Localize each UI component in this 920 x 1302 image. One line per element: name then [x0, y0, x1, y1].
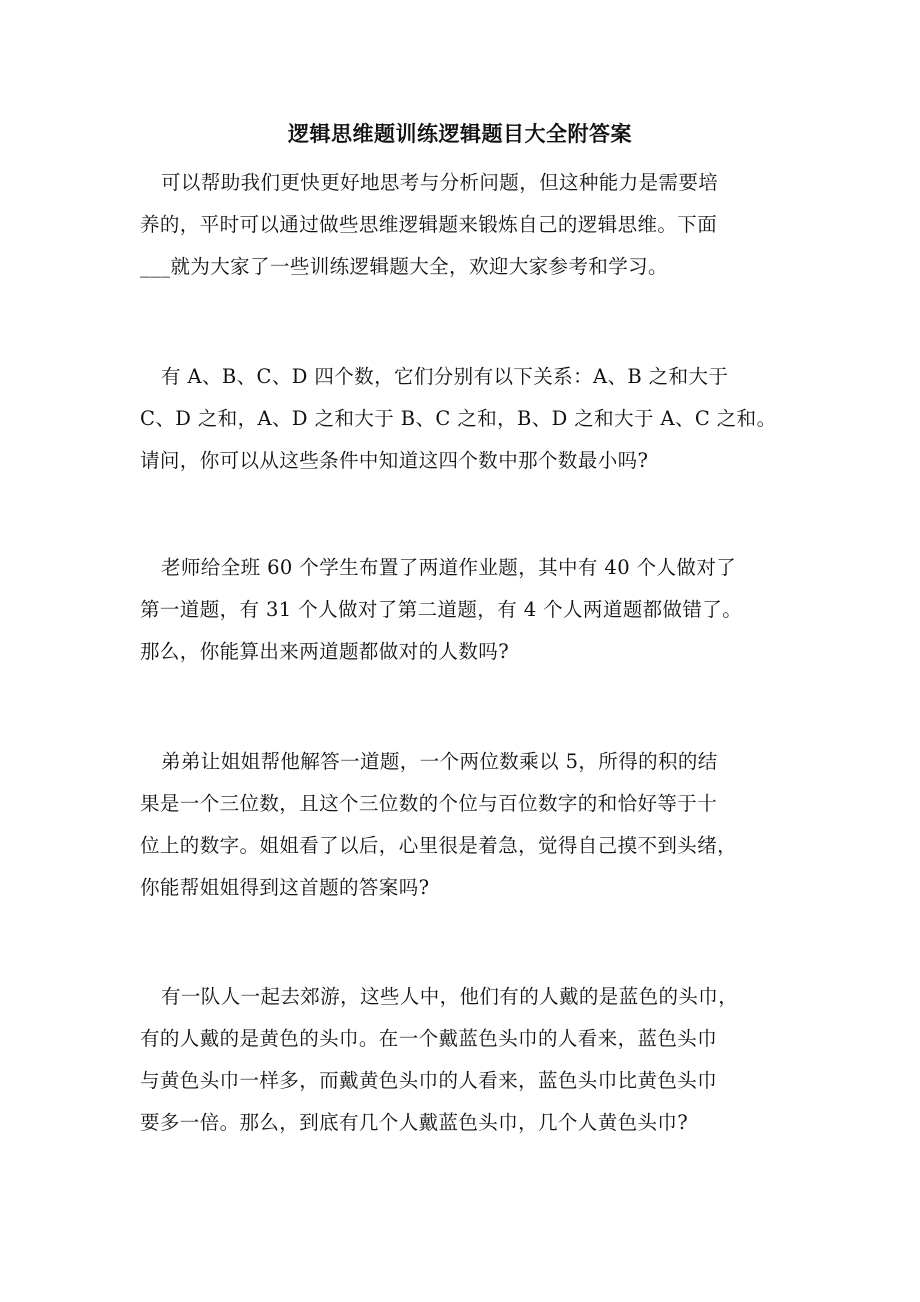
text-line: 有一队人一起去郊游，这些人中，他们有的人戴的是蓝色的头巾， — [140, 976, 780, 1018]
text-line: 可以帮助我们更快更好地思考与分析问题，但这种能力是需要培 — [140, 162, 780, 204]
text-line: ___就为大家了一些训练逻辑题大全，欢迎大家参考和学习。 — [140, 246, 780, 288]
question-paragraph-2: 老师给全班 60 个学生布置了两道作业题，其中有 40 个人做对了 第一道题，有… — [140, 547, 780, 673]
text-line: 你能帮姐姐得到这首题的答案吗? — [140, 867, 780, 909]
text-line: 养的，平时可以通过做些思维逻辑题来锻炼自己的逻辑思维。下面 — [140, 204, 780, 246]
text-line: 位上的数字。姐姐看了以后，心里很是着急，觉得自己摸不到头绪， — [140, 825, 780, 867]
document-title: 逻辑思维题训练逻辑题目大全附答案 — [0, 118, 920, 150]
text-line: 有 A、B、C、D 四个数，它们分别有以下关系：A、B 之和大于 — [140, 356, 780, 398]
text-line: 那么，你能算出来两道题都做对的人数吗? — [140, 631, 780, 673]
question-paragraph-4: 有一队人一起去郊游，这些人中，他们有的人戴的是蓝色的头巾， 有的人戴的是黄色的头… — [140, 976, 780, 1144]
text-line: 第一道题，有 31 个人做对了第二道题，有 4 个人两道题都做错了。 — [140, 589, 780, 631]
text-line: 请问，你可以从这些条件中知道这四个数中那个数最小吗? — [140, 440, 780, 482]
question-paragraph-1: 有 A、B、C、D 四个数，它们分别有以下关系：A、B 之和大于 C、D 之和，… — [140, 356, 780, 482]
question-paragraph-3: 弟弟让姐姐帮他解答一道题，一个两位数乘以 5，所得的积的结 果是一个三位数，且这… — [140, 741, 780, 909]
text-line: 果是一个三位数，且这个三位数的个位与百位数字的和恰好等于十 — [140, 783, 780, 825]
intro-paragraph: 可以帮助我们更快更好地思考与分析问题，但这种能力是需要培 养的，平时可以通过做些… — [140, 162, 780, 288]
text-line: 与黄色头巾一样多，而戴黄色头巾的人看来，蓝色头巾比黄色头巾 — [140, 1060, 780, 1102]
text-line: 有的人戴的是黄色的头巾。在一个戴蓝色头巾的人看来，蓝色头巾 — [140, 1018, 780, 1060]
text-line: 弟弟让姐姐帮他解答一道题，一个两位数乘以 5，所得的积的结 — [140, 741, 780, 783]
text-line: 老师给全班 60 个学生布置了两道作业题，其中有 40 个人做对了 — [140, 547, 780, 589]
text-line: 要多一倍。那么，到底有几个人戴蓝色头巾，几个人黄色头巾? — [140, 1102, 780, 1144]
document-page: 逻辑思维题训练逻辑题目大全附答案 可以帮助我们更快更好地思考与分析问题，但这种能… — [0, 0, 920, 1302]
text-line: C、D 之和，A、D 之和大于 B、C 之和，B、D 之和大于 A、C 之和。 — [140, 398, 780, 440]
